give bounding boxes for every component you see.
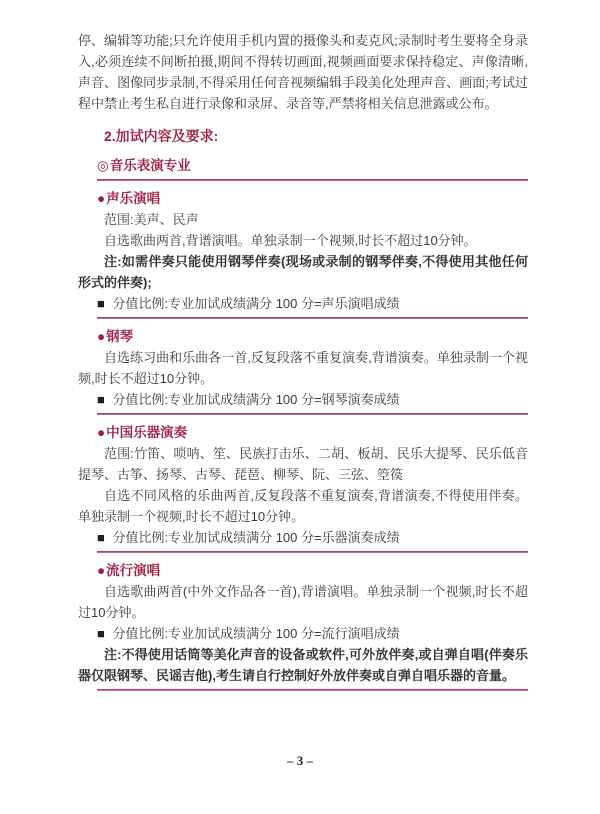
paragraph-range: 范围:竹笛、唢呐、笙、民族打击乐、二胡、板胡、民乐大提琴、民乐低音提琴、古筝、扬… xyxy=(78,443,528,485)
major-heading-label: 音乐表演专业 xyxy=(110,158,191,173)
section-paragraphs: 自选歌曲两首(中外文作品各一首),背谱演唱。单独录制一个视频,时长不超过10分钟… xyxy=(78,581,528,686)
dot-bullet-icon: ● xyxy=(97,425,105,440)
section-heading-label: 流行演唱 xyxy=(106,563,160,578)
sections: ●声乐演唱 范围:美声、民声自选歌曲两首,背谱演唱。单独录制一个视频,时长不超过… xyxy=(78,188,528,691)
section-divider xyxy=(97,413,528,415)
section-title: 2.加试内容及要求: xyxy=(78,126,528,147)
square-bullet-icon: ■ xyxy=(97,392,109,407)
section-heading-label: 声乐演唱 xyxy=(106,191,160,206)
section-heading: ●钢琴 xyxy=(78,326,528,347)
page-content: 停、编辑等功能;只允许使用手机内置的摄像头和麦克风;录制时考生要将全身录入,必须… xyxy=(78,30,528,698)
paragraph-score: ■ 分值比例:专业加试成绩满分 100 分=流行演唱成绩 xyxy=(78,623,528,644)
dot-bullet-icon: ● xyxy=(97,329,105,344)
section-heading: ●中国乐器演奏 xyxy=(78,422,528,443)
dot-bullet-icon: ● xyxy=(97,191,105,206)
exam-section: ●钢琴 自选练习曲和乐曲各一首,反复段落不重复演奏,背谱演奏。单独录制一个视频,… xyxy=(78,326,528,415)
section-heading-label: 钢琴 xyxy=(106,329,133,344)
paragraph-range: 范围:美声、民声 xyxy=(78,209,528,230)
section-paragraphs: 范围:美声、民声自选歌曲两首,背谱演唱。单独录制一个视频,时长不超过10分钟。注… xyxy=(78,209,528,314)
paragraph-body: 自选练习曲和乐曲各一首,反复段落不重复演奏,背谱演奏。单独录制一个视频,时长不超… xyxy=(78,347,528,389)
exam-section: ●流行演唱 自选歌曲两首(中外文作品各一首),背谱演唱。单独录制一个视频,时长不… xyxy=(78,560,528,691)
section-divider xyxy=(97,689,528,691)
paragraph-body: 自选歌曲两首(中外文作品各一首),背谱演唱。单独录制一个视频,时长不超过10分钟… xyxy=(78,581,528,623)
paragraph-score: ■ 分值比例:专业加试成绩满分 100 分=钢琴演奏成绩 xyxy=(78,389,528,410)
ring-bullet-icon: ◎ xyxy=(97,158,109,173)
square-bullet-icon: ■ xyxy=(97,296,109,311)
paragraph-score: ■ 分值比例:专业加试成绩满分 100 分=声乐演唱成绩 xyxy=(78,293,528,314)
paragraph-body: 自选歌曲两首,背谱演唱。单独录制一个视频,时长不超过10分钟。 xyxy=(78,230,528,251)
major-heading: ◎音乐表演专业 xyxy=(78,155,528,176)
section-paragraphs: 范围:竹笛、唢呐、笙、民族打击乐、二胡、板胡、民乐大提琴、民乐低音提琴、古筝、扬… xyxy=(78,443,528,548)
section-paragraphs: 自选练习曲和乐曲各一首,反复段落不重复演奏,背谱演奏。单独录制一个视频,时长不超… xyxy=(78,347,528,410)
exam-section: ●中国乐器演奏 范围:竹笛、唢呐、笙、民族打击乐、二胡、板胡、民乐大提琴、民乐低… xyxy=(78,422,528,553)
section-heading: ●流行演唱 xyxy=(78,560,528,581)
exam-section: ●声乐演唱 范围:美声、民声自选歌曲两首,背谱演唱。单独录制一个视频,时长不超过… xyxy=(78,188,528,319)
square-bullet-icon: ■ xyxy=(97,530,109,545)
section-heading: ●声乐演唱 xyxy=(78,188,528,209)
paragraph-note: 注:不得使用话筒等美化声音的设备或软件,可外放伴奏,或自弹自唱(伴奏乐器仅限钢琴… xyxy=(78,644,528,686)
paragraph-note: 注:如需伴奏只能使用钢琴伴奏(现场或录制的钢琴伴奏,不得使用其他任何形式的伴奏)… xyxy=(78,251,528,293)
section-divider xyxy=(97,551,528,553)
dot-bullet-icon: ● xyxy=(97,563,105,578)
major-divider xyxy=(97,179,528,181)
page-number: – 3 – xyxy=(0,753,600,769)
section-heading-label: 中国乐器演奏 xyxy=(106,425,187,440)
document-page: 停、编辑等功能;只允许使用手机内置的摄像头和麦克风;录制时考生要将全身录入,必须… xyxy=(0,0,600,814)
section-divider xyxy=(97,317,528,319)
paragraph-score: ■ 分值比例:专业加试成绩满分 100 分=乐器演奏成绩 xyxy=(78,527,528,548)
square-bullet-icon: ■ xyxy=(97,626,109,641)
intro-paragraph: 停、编辑等功能;只允许使用手机内置的摄像头和麦克风;录制时考生要将全身录入,必须… xyxy=(78,30,528,114)
paragraph-body: 自选不同风格的乐曲两首,反复段落不重复演奏,背谱演奏,不得使用伴奏。单独录制一个… xyxy=(78,485,528,527)
